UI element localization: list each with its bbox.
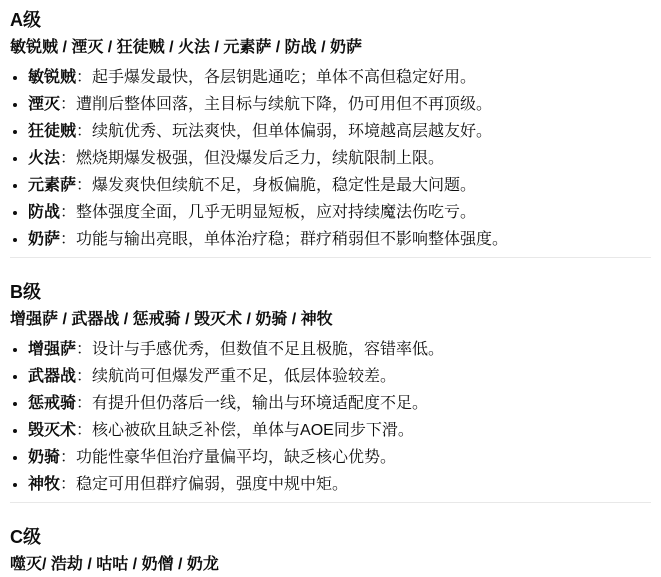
spec-item: 惩戒骑：有提升但仍落后一线，输出与环境适配度不足。 [28,390,651,417]
spec-description: 爆发爽快但续航不足，身板偏脆，稳定性是最大问题。 [92,177,476,194]
spec-description: 核心被砍且缺乏补偿，单体与AOE同步下滑。 [92,422,414,439]
spec-name: 毁灭术 [28,422,76,439]
spec-item: 元素萨：爆发爽快但续航不足，身板偏脆，稳定性是最大问题。 [28,172,651,199]
spec-list: 增强萨：设计与手感优秀，但数值不足且极脆，容错率低。 武器战：续航尚可但爆发严重… [10,336,651,498]
spec-item: 狂徒贼：续航优秀、玩法爽快，但单体偏弱，环境越高层越友好。 [28,118,651,145]
spec-list: 敏锐贼：起手爆发最快，各层钥匙通吃；单体不高但稳定好用。 湮灭：遭削后整体回落，… [10,64,651,253]
spec-item: 火法：燃烧期爆发极强，但没爆发后乏力，续航限制上限。 [28,145,651,172]
spec-description: 起手爆发最快，各层钥匙通吃；单体不高但稳定好用。 [92,69,476,86]
spec-separator: ： [76,69,92,86]
spec-item: 神牧：稳定可用但群疗偏弱，强度中规中矩。 [28,471,651,498]
spec-name: 湮灭 [28,96,60,113]
spec-name: 元素萨 [28,177,76,194]
tier-roster: 增强萨 / 武器战 / 惩戒骑 / 毁灭术 / 奶骑 / 神牧 [10,306,651,334]
section-divider [10,257,651,258]
spec-description: 稳定可用但群疗偏弱，强度中规中矩。 [76,476,348,493]
spec-name: 敏锐贼 [28,69,76,86]
spec-description: 功能性豪华但治疗量偏平均，缺乏核心优势。 [76,449,396,466]
tier-section: A级 敏锐贼 / 湮灭 / 狂徒贼 / 火法 / 元素萨 / 防战 / 奶萨 敏… [10,6,651,253]
spec-description: 设计与手感优秀，但数值不足且极脆，容错率低。 [92,341,444,358]
spec-separator: ： [60,96,76,113]
spec-name: 奶萨 [28,231,60,248]
spec-name: 惩戒骑 [28,395,76,412]
spec-item: 奶骑：功能性豪华但治疗量偏平均，缺乏核心优势。 [28,444,651,471]
spec-item: 增强萨：设计与手感优秀，但数值不足且极脆，容错率低。 [28,336,651,363]
spec-item: 防战：整体强度全面，几乎无明显短板，应对持续魔法伤吃亏。 [28,199,651,226]
tier-roster: 噬灭/ 浩劫 / 咕咕 / 奶僧 / 奶龙 [10,551,651,577]
spec-item: 毁灭术：核心被砍且缺乏补偿，单体与AOE同步下滑。 [28,417,651,444]
spec-separator: ： [76,123,92,140]
spec-separator: ： [60,150,76,167]
spec-item: 敏锐贼：起手爆发最快，各层钥匙通吃；单体不高但稳定好用。 [28,64,651,91]
spec-name: 神牧 [28,476,60,493]
spec-separator: ： [76,422,92,439]
tier-list-document: A级 敏锐贼 / 湮灭 / 狂徒贼 / 火法 / 元素萨 / 防战 / 奶萨 敏… [0,0,661,577]
spec-name: 武器战 [28,368,76,385]
tier-title: A级 [10,6,651,34]
tier-title: C级 [10,523,651,551]
tier-section: B级 增强萨 / 武器战 / 惩戒骑 / 毁灭术 / 奶骑 / 神牧 增强萨：设… [10,278,651,498]
spec-name: 狂徒贼 [28,123,76,140]
spec-description: 整体强度全面，几乎无明显短板，应对持续魔法伤吃亏。 [76,204,476,221]
spec-name: 奶骑 [28,449,60,466]
spec-separator: ： [60,204,76,221]
spec-separator: ： [60,449,76,466]
tier-title: B级 [10,278,651,306]
spec-separator: ： [60,476,76,493]
spec-description: 燃烧期爆发极强，但没爆发后乏力，续航限制上限。 [76,150,444,167]
spec-description: 续航尚可但爆发严重不足，低层体验较差。 [92,368,396,385]
section-divider [10,502,651,503]
spec-description: 遭削后整体回落，主目标与续航下降，仍可用但不再顶级。 [76,96,492,113]
spec-name: 防战 [28,204,60,221]
spec-name: 火法 [28,150,60,167]
spec-item: 武器战：续航尚可但爆发严重不足，低层体验较差。 [28,363,651,390]
spec-separator: ： [76,395,92,412]
spec-item: 奶萨：功能与输出亮眼，单体治疗稳；群疗稍弱但不影响整体强度。 [28,226,651,253]
spec-separator: ： [76,368,92,385]
spec-name: 增强萨 [28,341,76,358]
spec-description: 功能与输出亮眼，单体治疗稳；群疗稍弱但不影响整体强度。 [76,231,508,248]
spec-description: 续航优秀、玩法爽快，但单体偏弱，环境越高层越友好。 [92,123,492,140]
spec-separator: ： [60,231,76,248]
tier-section: C级 噬灭/ 浩劫 / 咕咕 / 奶僧 / 奶龙 [10,523,651,577]
spec-description: 有提升但仍落后一线，输出与环境适配度不足。 [92,395,428,412]
spec-separator: ： [76,177,92,194]
tier-roster: 敏锐贼 / 湮灭 / 狂徒贼 / 火法 / 元素萨 / 防战 / 奶萨 [10,34,651,62]
spec-item: 湮灭：遭削后整体回落，主目标与续航下降，仍可用但不再顶级。 [28,91,651,118]
spec-separator: ： [76,341,92,358]
